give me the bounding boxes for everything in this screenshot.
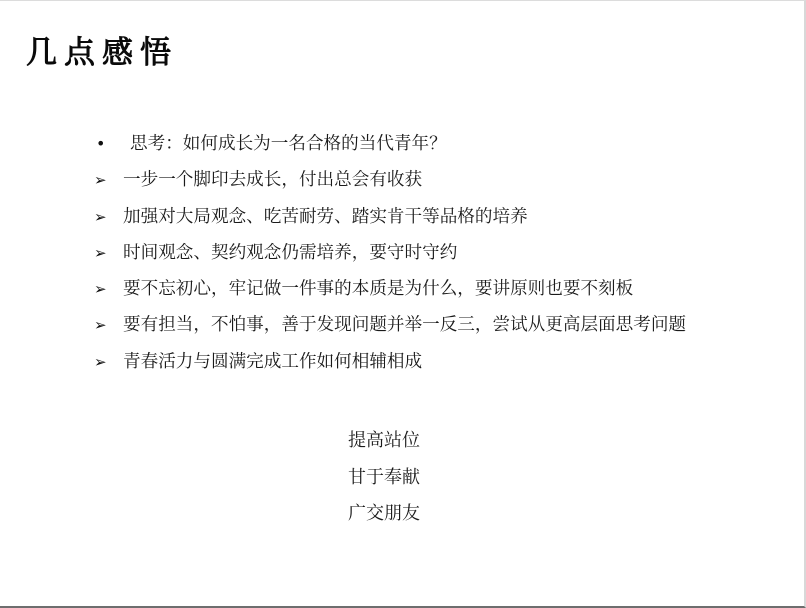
dot-bullet-icon: • <box>94 126 130 162</box>
point-text: 青春活力与圆满完成工作如何相辅相成 <box>123 344 422 380</box>
arrow-bullet-icon: ➢ <box>94 271 123 307</box>
list-item: ➢一步一个脚印去成长，付出总会有收获 <box>94 162 686 198</box>
point-text: 时间观念、契约观念仍需培养，要守时守约 <box>123 235 457 271</box>
arrow-bullet-icon: ➢ <box>94 235 123 271</box>
list-item: ➢加强对大局观念、吃苦耐劳、踏实肯干等品格的培养 <box>94 199 686 235</box>
arrow-bullet-icon: ➢ <box>94 162 123 198</box>
list-item: ➢要不忘初心，牢记做一件事的本质是为什么，要讲原则也要不刻板 <box>94 271 686 307</box>
list-item: ➢青春活力与圆满完成工作如何相辅相成 <box>94 344 686 380</box>
list-item: ➢要有担当，不怕事，善于发现问题并举一反三，尝试从更高层面思考问题 <box>94 307 686 343</box>
arrow-bullet-icon: ➢ <box>94 307 123 343</box>
slide-title: 几点感悟 <box>26 33 178 73</box>
point-text: 一步一个脚印去成长，付出总会有收获 <box>123 162 422 198</box>
closing-phrase: 提高站位 <box>348 423 420 460</box>
list-item: •思考：如何成长为一名合格的当代青年？ <box>94 126 686 162</box>
point-text: 要有担当，不怕事，善于发现问题并举一反三，尝试从更高层面思考问题 <box>123 307 686 343</box>
arrow-bullet-icon: ➢ <box>94 344 123 380</box>
slide: 几点感悟 •思考：如何成长为一名合格的当代青年？ ➢一步一个脚印去成长，付出总会… <box>0 0 806 608</box>
point-text: 加强对大局观念、吃苦耐劳、踏实肯干等品格的培养 <box>123 199 528 235</box>
reflection-points-list: •思考：如何成长为一名合格的当代青年？ ➢一步一个脚印去成长，付出总会有收获 ➢… <box>94 126 686 380</box>
point-text: 要不忘初心，牢记做一件事的本质是为什么，要讲原则也要不刻板 <box>123 271 633 307</box>
list-item: ➢时间观念、契约观念仍需培养，要守时守约 <box>94 235 686 271</box>
closing-phrases: 提高站位 甘于奉献 广交朋友 <box>348 423 420 533</box>
point-text: 思考：如何成长为一名合格的当代青年？ <box>130 126 447 162</box>
closing-phrase: 广交朋友 <box>348 496 420 533</box>
closing-phrase: 甘于奉献 <box>348 460 420 497</box>
arrow-bullet-icon: ➢ <box>94 199 123 235</box>
